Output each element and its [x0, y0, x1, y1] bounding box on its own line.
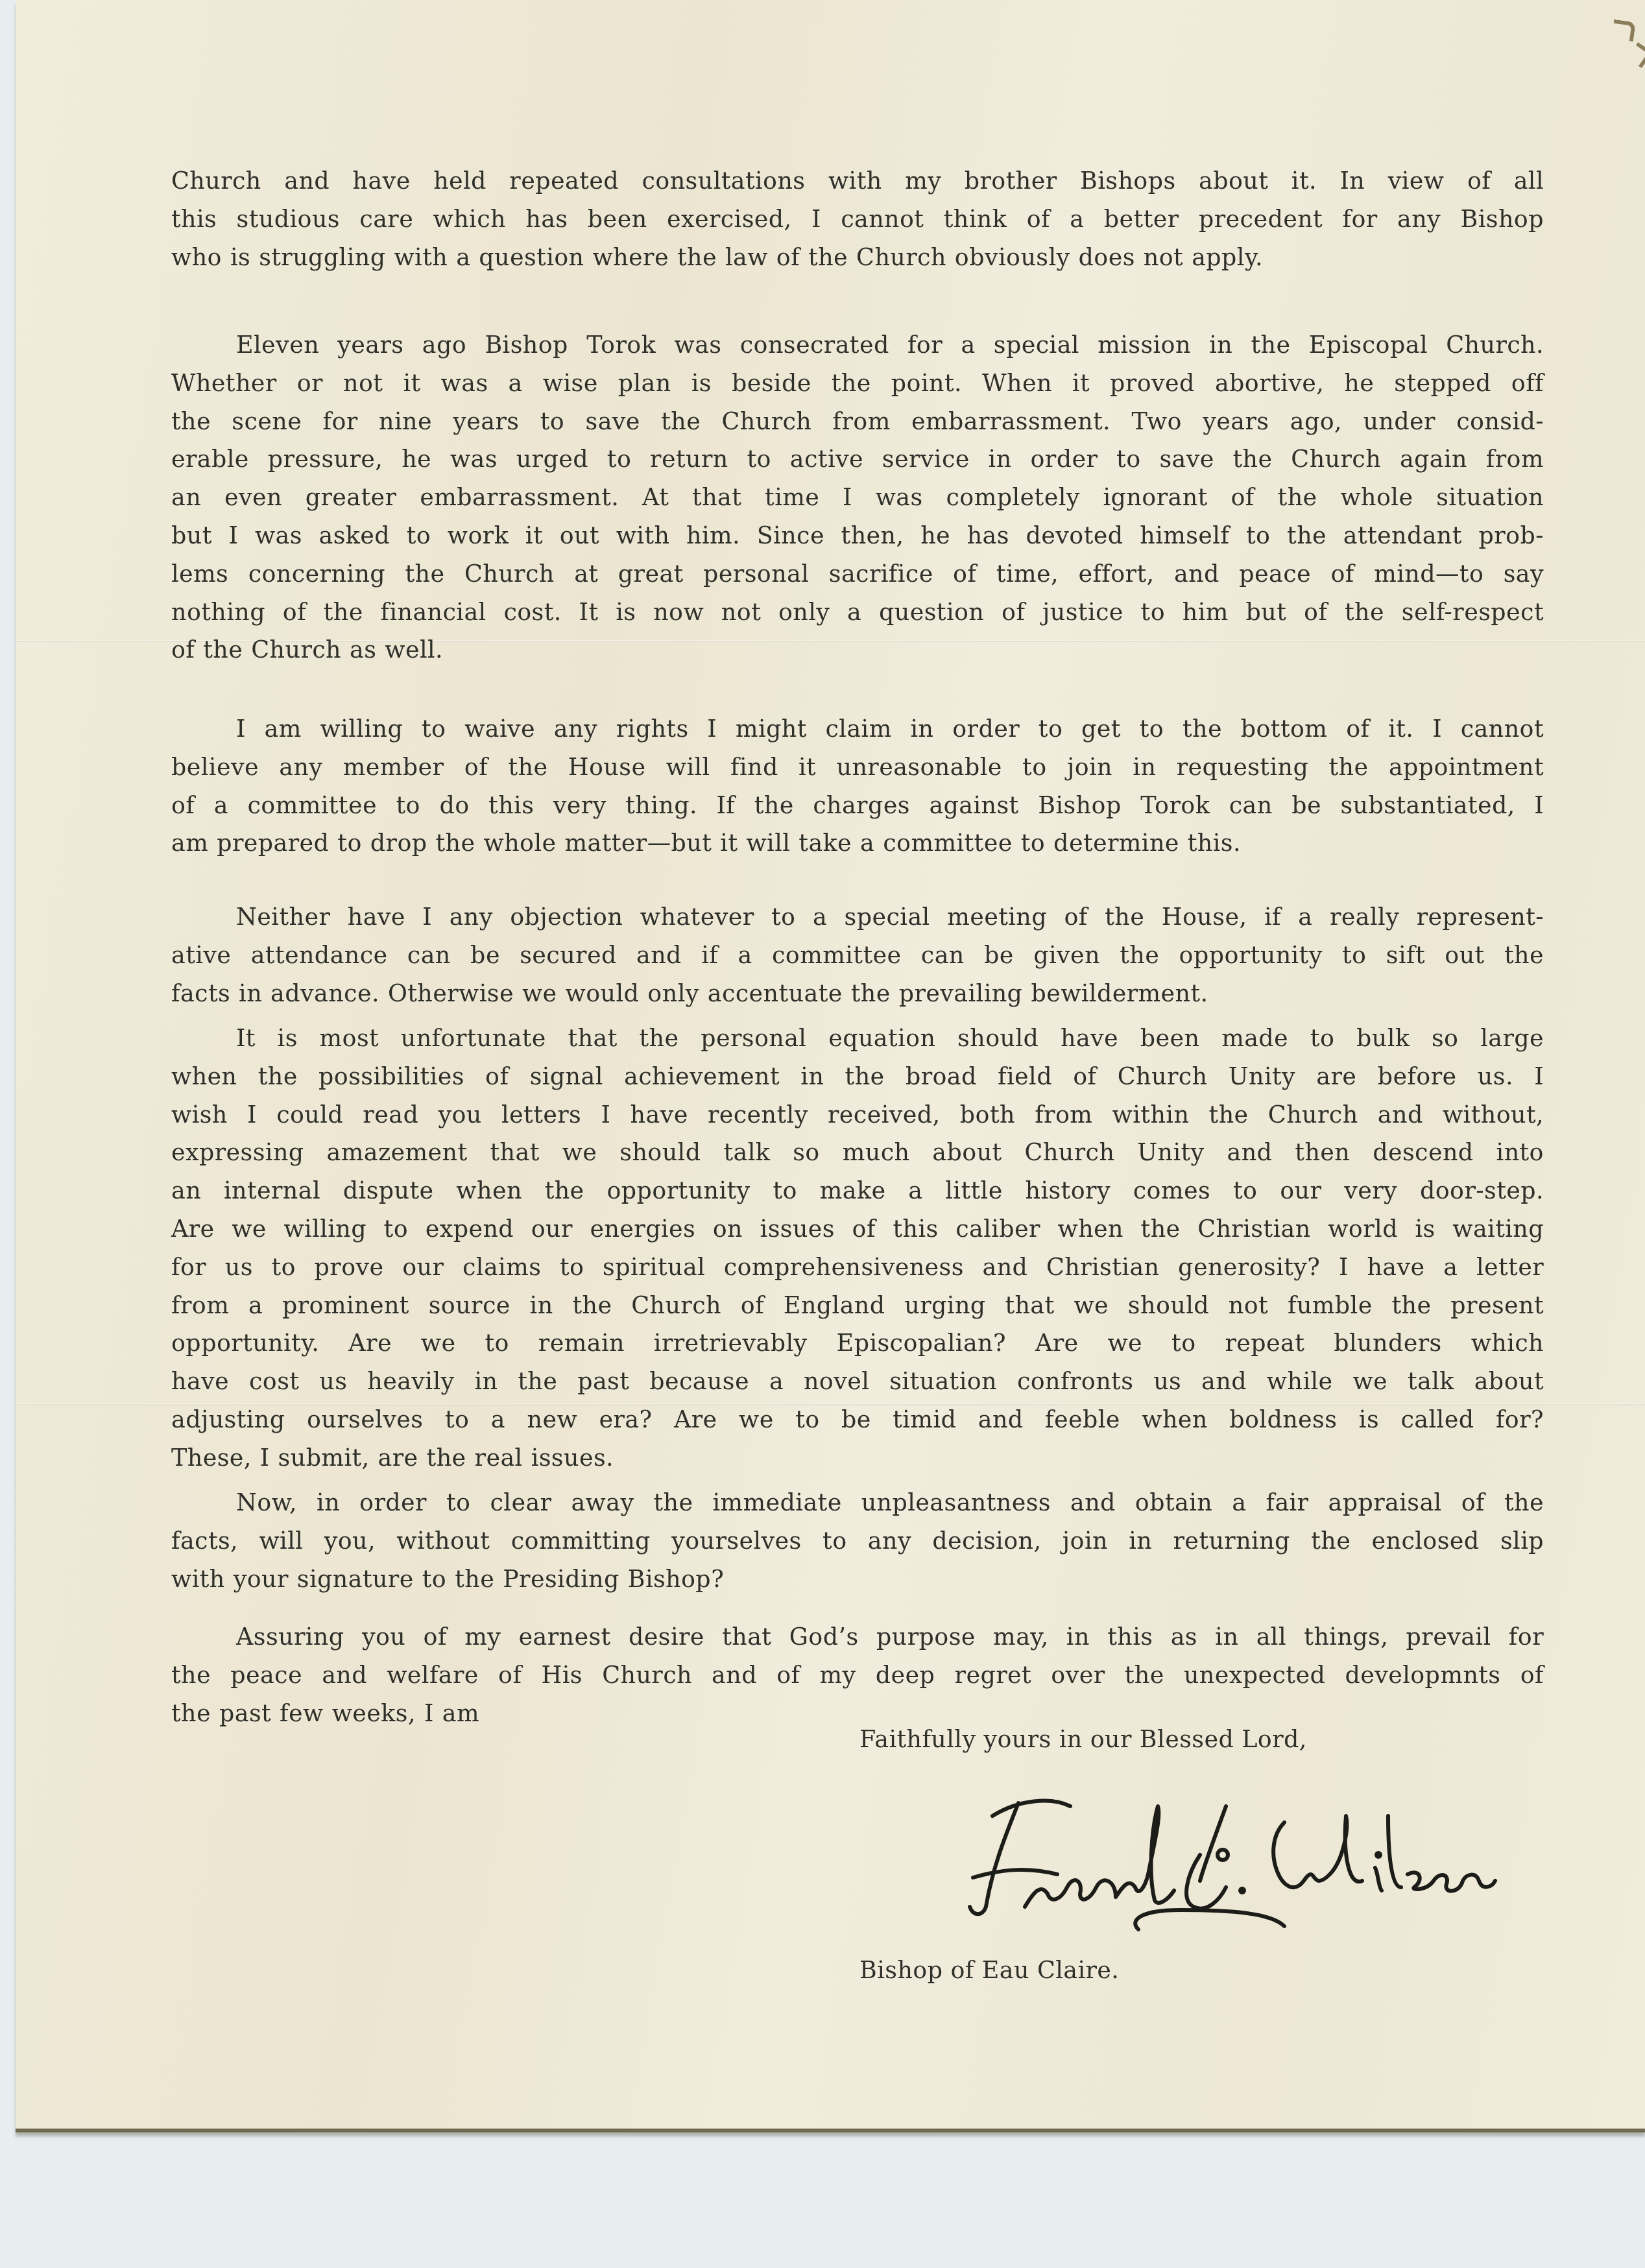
- text-line: of the Church as well.: [171, 631, 1544, 669]
- text-line: an even greater embarrassment. At that t…: [171, 479, 1544, 517]
- text-line: the peace and welfare of His Church and …: [171, 1656, 1544, 1695]
- text-line: Eleven years ago Bishop Torok was consec…: [171, 326, 1544, 364]
- staple-icon: [1627, 42, 1645, 69]
- paragraph: Eleven years ago Bishop Torok was consec…: [171, 326, 1544, 669]
- text-line: when the possibilities of signal achieve…: [171, 1058, 1544, 1096]
- text-line: believe any member of the House will fin…: [171, 748, 1544, 787]
- text-line: the past few weeks, I am: [171, 1695, 1544, 1733]
- paragraph: Assuring you of my earnest desire that G…: [171, 1618, 1544, 1732]
- text-line: expressing amazement that we should talk…: [171, 1134, 1544, 1172]
- text-line: ative attendance can be secured and if a…: [171, 937, 1544, 975]
- text-line: have cost us heavily in the past because…: [171, 1363, 1544, 1401]
- text-line: adjusting ourselves to a new era? Are we…: [171, 1401, 1544, 1439]
- text-line: lems concerning the Church at great pers…: [171, 555, 1544, 593]
- text-line: These, I submit, are the real issues.: [171, 1439, 1544, 1477]
- signer-title: Bishop of Eau Claire.: [859, 1956, 1119, 1984]
- text-line: Whether or not it was a wise plan is bes…: [171, 364, 1544, 403]
- staple-icon: [1611, 19, 1636, 42]
- text-line: I am willing to waive any rights I might…: [171, 710, 1544, 748]
- text-line: the scene for nine years to save the Chu…: [171, 403, 1544, 441]
- closing-salutation: Faithfully yours in our Blessed Lord,: [859, 1725, 1307, 1753]
- text-line: but I was asked to work it out with him.…: [171, 517, 1544, 555]
- text-line: from a prominent source in the Church of…: [171, 1287, 1544, 1325]
- text-line: nothing of the financial cost. It is now…: [171, 593, 1544, 632]
- text-line: Assuring you of my earnest desire that G…: [171, 1618, 1544, 1656]
- text-line: am prepared to drop the whole matter—but…: [171, 824, 1544, 863]
- text-line: Church and have held repeated consultati…: [171, 162, 1544, 200]
- paragraph: Neither have I any objection whatever to…: [171, 898, 1544, 1012]
- text-line: for us to prove our claims to spiritual …: [171, 1248, 1544, 1287]
- text-line: Now, in order to clear away the immediat…: [171, 1484, 1544, 1522]
- text-line: opportunity. Are we to remain irretrieva…: [171, 1324, 1544, 1363]
- text-line: Are we willing to expend our energies on…: [171, 1210, 1544, 1248]
- paragraph: I am willing to waive any rights I might…: [171, 710, 1544, 863]
- paragraph: It is most unfortunate that the personal…: [171, 1020, 1544, 1477]
- paragraph: Church and have held repeated consultati…: [171, 162, 1544, 276]
- text-line: Neither have I any objection whatever to…: [171, 898, 1544, 937]
- text-line: facts, will you, without committing your…: [171, 1522, 1544, 1560]
- text-line: this studious care which has been exerci…: [171, 200, 1544, 239]
- text-line: facts in advance. Otherwise we would onl…: [171, 975, 1544, 1013]
- text-line: wish I could read you letters I have rec…: [171, 1096, 1544, 1134]
- text-line: with your signature to the Presiding Bis…: [171, 1560, 1544, 1599]
- signature: [921, 1777, 1544, 1933]
- text-line: It is most unfortunate that the personal…: [171, 1020, 1544, 1058]
- text-line: erable pressure, he was urged to return …: [171, 440, 1544, 479]
- paragraph: Now, in order to clear away the immediat…: [171, 1484, 1544, 1598]
- text-line: of a committee to do this very thing. If…: [171, 787, 1544, 825]
- text-line: an internal dispute when the opportunity…: [171, 1172, 1544, 1210]
- text-line: who is struggling with a question where …: [171, 239, 1544, 277]
